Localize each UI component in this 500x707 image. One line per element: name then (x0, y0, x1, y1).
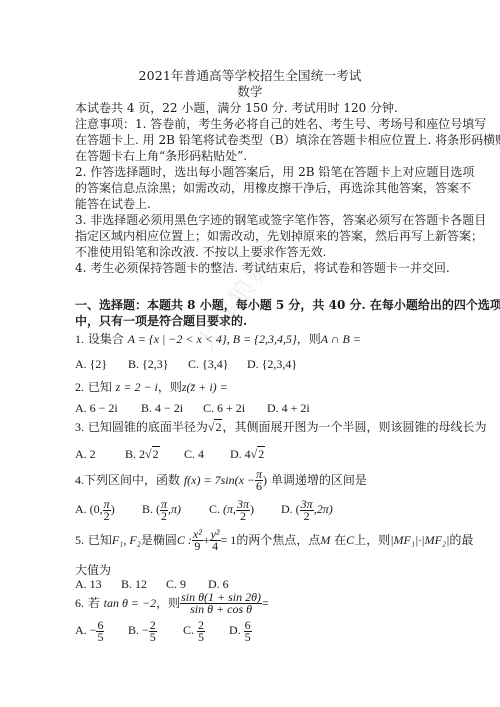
instruction-line: 指定区域内相应位置上；如需改动，先划掉原来的答案，然后再写上新答案； (75, 229, 483, 243)
question-number: 5. (75, 533, 84, 547)
sqrt-expression: √2 (208, 420, 223, 434)
instruction-line: 不准使用铅笔和涂改液. 不按以上要求作答无效. (75, 245, 326, 259)
question-number: 2. (75, 380, 84, 394)
question-text: 单调递增的区间是 (271, 473, 367, 487)
math-expression: z = 2 − i (116, 380, 158, 394)
math-expression: z(z̄ + i) = (182, 380, 228, 394)
option-b[interactable]: B. −25 (128, 617, 157, 643)
question-text: 已知 (88, 380, 112, 394)
answer-options: A. −65 B. −25 C. 25 D. 65 (0, 617, 500, 637)
question-number: 3. (75, 420, 84, 434)
option-b[interactable]: B. {2,3} (128, 357, 169, 372)
math-expression: tan θ = −2 (104, 596, 156, 610)
fraction: y²4 (210, 529, 221, 552)
fraction: x²9 (192, 529, 203, 552)
exam-subject: 数学 (0, 82, 500, 100)
option-a[interactable]: A. (0,π2) (75, 497, 115, 522)
instruction-line: 在答题卡上. 用 2B 铅笔将试卷类型（B）填涂在答题卡相应位置上. 将条形码横… (75, 133, 500, 147)
option-c[interactable]: C. (π,3π2) (209, 497, 254, 522)
math-expression: A ∩ B = (321, 332, 361, 346)
instruction-line: 3. 非选择题必须用黑色字迹的钢笔或签字笔作答，答案必须写在答题卡各题目 (75, 213, 486, 227)
question-text: ，其侧面展开图为一个半圆，则该圆锥的母线长为 (222, 420, 486, 434)
question-text: 大值为 (75, 563, 111, 577)
instructions-intro: 本试卷共 4 页，22 小题，满分 150 分. 考试用时 120 分钟. (75, 101, 398, 115)
fraction: π6 (255, 469, 263, 492)
option-c[interactable]: C. 4 (184, 447, 204, 462)
option-d[interactable]: D. 4√2 (230, 447, 265, 462)
math-expression: A = {x | −2 < x < 4} (128, 332, 227, 346)
instruction-line: 2. 作答选择题时，选出每小题答案后，用 2B 铅笔在答题卡上对应题目选项 (75, 165, 474, 179)
question-number: 6. (75, 596, 84, 610)
fraction: sin θ(1 + sin 2θ)sin θ + cos θ (180, 592, 262, 615)
option-b[interactable]: B. 4 − 2i (141, 401, 183, 416)
exam-page: 2021年普通高等学校招生全国统一考试 数学 本试卷共 4 页，22 小题，满分… (0, 0, 500, 707)
option-a[interactable]: A. −65 (75, 617, 104, 643)
option-a[interactable]: A. {2} (75, 357, 107, 372)
option-a[interactable]: A. 2 (75, 447, 96, 462)
option-b[interactable]: B. (π2,π) (142, 497, 181, 522)
answer-options: A. 6 − 2i B. 4 − 2i C. 6 + 2i D. 4 + 2i (0, 401, 500, 421)
option-d[interactable]: D. (3π2,2π) (281, 497, 333, 522)
option-c[interactable]: C. {3,4} (188, 357, 229, 372)
answer-options: A. 2 B. 2√2 C. 4 D. 4√2 (0, 447, 500, 467)
option-c[interactable]: C. 6 + 2i (203, 401, 245, 416)
section-header-line: 一、选择题：本题共 8 小题，每小题 5 分，共 40 分. 在每小题给出的四个… (75, 298, 500, 312)
answer-options: A. {2} B. {2,3} C. {3,4} D. {2,3,4} (0, 357, 500, 377)
question-text: 下列区间中，函数 (84, 473, 180, 487)
option-b[interactable]: B. 2√2 (125, 447, 160, 462)
option-d[interactable]: D. 65 (229, 617, 252, 643)
option-a[interactable]: A. 6 − 2i (75, 401, 118, 416)
question-number: 4. (75, 473, 84, 487)
option-c[interactable]: C. 25 (183, 617, 205, 643)
answer-options: A. (0,π2) B. (π2,π) C. (π,3π2) D. (3π2,2… (0, 497, 500, 517)
instruction-line: 在答题卡右上角“条形码粘贴处”. (75, 149, 247, 163)
instruction-line: 4. 考生必须保持答题卡的整洁. 考试结束后，将试卷和答题卡一并交回. (75, 261, 450, 275)
option-d[interactable]: D. 4 + 2i (267, 401, 310, 416)
section-header-line: 中，只有一项是符合题目要求的. (75, 314, 247, 328)
instruction-line: 的答案信息点涂黑；如需改动，用橡皮擦干净后，再选涂其他答案，答案不 (75, 181, 471, 195)
instruction-line: 注意事项：1. 答卷前，考生务必将自己的姓名、考生号、考场号和座位号填写 (75, 117, 486, 131)
math-expression: f(x) = 7sin(x − (184, 473, 255, 487)
option-d[interactable]: D. {2,3,4} (247, 357, 297, 372)
question-text: 设集合 (88, 332, 124, 346)
instruction-line: 能答在试卷上. (75, 197, 151, 211)
math-expression: B = {2,3,4,5} (233, 332, 297, 346)
question-text: 已知圆锥的底面半径为 (88, 420, 208, 434)
question-number: 1. (75, 332, 84, 346)
